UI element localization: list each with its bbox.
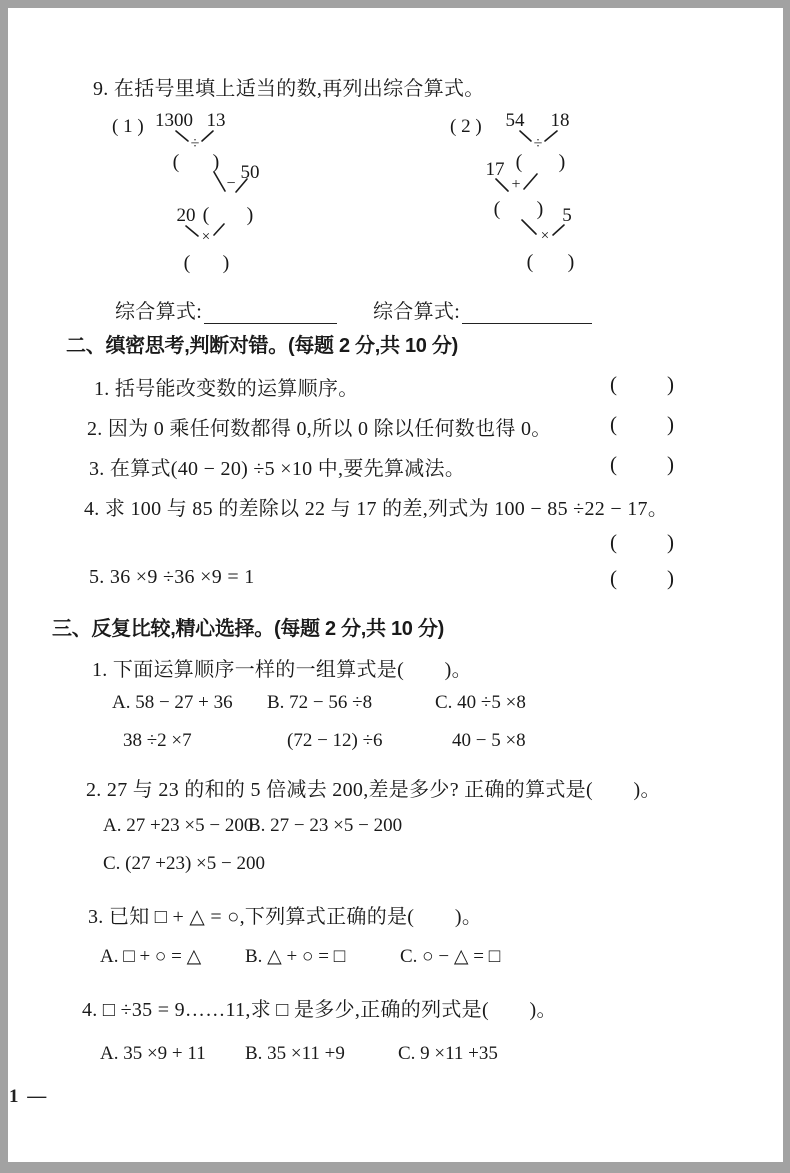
tree2-operand-18: 18: [551, 110, 570, 131]
paren-open: (: [610, 412, 617, 437]
choice-q1-option-b2: (72 − 12) ÷6: [287, 730, 383, 752]
section3-title: 三、反复比较,精心选择。(每题 2 分,共 10 分): [52, 612, 444, 641]
tree2-operand-5: 5: [562, 205, 572, 226]
answer-label-1: 综合算式:: [115, 301, 202, 323]
choice-q1-option-b1: B. 72 − 56 ÷8: [267, 692, 372, 714]
choice-q3-option-a: A. □ + ○ = △: [100, 945, 201, 968]
choice-q3-option-c: C. ○ − △ = □: [400, 945, 500, 968]
choice-q3-option-b: B. △ + ○ = □: [245, 945, 345, 968]
tree1-blank3-close: ): [223, 252, 230, 274]
q9-answer-area-1: 综合算式:: [115, 295, 337, 324]
tree2-blank1-open: (: [516, 151, 523, 173]
tree2-blank2-open: (: [494, 198, 501, 220]
tree1-blank1-close: ): [213, 151, 220, 173]
section2-title: 二、缜密思考,判断对错。(每题 2 分,共 10 分): [66, 329, 458, 358]
q9-tree-2: ( 2 ) 54 18 ÷ ( ) 17 + ( ) 5 × ( ): [450, 108, 595, 280]
q9-tree-1: ( 1 ) 1300 13 ÷ ( ) 50 − 20 ( ) × ( ): [110, 108, 285, 280]
paren-open: (: [610, 530, 617, 555]
tree1-blank2-open: (: [203, 204, 210, 226]
tree1-operand-13: 13: [207, 110, 226, 131]
choice-q4-option-c: C. 9 ×11 +35: [398, 1043, 498, 1065]
paren-close: ): [667, 452, 674, 477]
judge-item-2: 2. 因为 0 乘任何数都得 0,所以 0 除以任何数也得 0。: [87, 412, 552, 441]
choice-q1-option-c2: 40 − 5 ×8: [452, 730, 526, 752]
judge-blank-3: (): [610, 452, 674, 477]
judge-blank-5: (): [610, 566, 674, 591]
answer-blank-line-1: [204, 302, 337, 324]
choice-q1-option-a2: 38 ÷2 ×7: [123, 730, 192, 752]
tree2-divide-operator: ÷: [534, 135, 543, 152]
paren-open: (: [610, 452, 617, 477]
tree-connector-line: [496, 179, 508, 191]
worksheet-page: 9. 在括号里填上适当的数,再列出综合算式。 ( 1 ) 1300 13 ÷ (…: [8, 8, 783, 1162]
tree2-plus-operator: +: [511, 176, 520, 193]
choice-q4-option-b: B. 35 ×11 +9: [245, 1043, 345, 1065]
tree-connector-line: [214, 224, 224, 235]
tree-connector-line: [545, 131, 557, 141]
tree1-blank2-close: ): [247, 204, 254, 226]
q9-title: 9. 在括号里填上适当的数,再列出综合算式。: [93, 72, 485, 101]
tree1-operand-50: 50: [241, 162, 260, 183]
tree2-blank3-close: ): [568, 251, 575, 273]
tree1-label: ( 1 ): [112, 116, 144, 137]
paren-close: ): [667, 412, 674, 437]
judge-blank-2: (): [610, 412, 674, 437]
choice-q4-text: 4. □ ÷35 = 9……11,求 □ 是多少,正确的列式是( )。: [82, 993, 557, 1022]
judge-item-5: 5. 36 ×9 ÷36 ×9 = 1: [89, 566, 255, 589]
judge-blank-1: (): [610, 372, 674, 397]
tree-connector-line: [214, 172, 225, 191]
judge-item-4: 4. 求 100 与 85 的差除以 22 与 17 的差,列式为 100 − …: [84, 492, 668, 521]
answer-blank-line-2: [462, 302, 592, 324]
judge-item-3: 3. 在算式(40 − 20) ÷5 ×10 中,要先算减法。: [89, 452, 465, 481]
choice-q2-option-a: A. 27 +23 ×5 − 200: [103, 815, 253, 837]
tree1-minus-operator: −: [226, 175, 235, 192]
tree1-blank1-open: (: [173, 151, 180, 173]
choice-q3-text: 3. 已知 □ + △ = ○,下列算式正确的是( )。: [88, 900, 482, 929]
tree-connector-line: [202, 131, 213, 141]
tree2-operand-17: 17: [486, 159, 505, 180]
tree2-label: ( 2 ): [450, 116, 482, 137]
tree1-operand-1300: 1300: [155, 110, 193, 131]
choice-q2-text: 2. 27 与 23 的和的 5 倍减去 200,差是多少? 正确的算式是( )…: [86, 773, 661, 802]
tree1-times-operator: ×: [202, 229, 210, 245]
tree2-blank1-close: ): [559, 151, 566, 173]
choice-q4-option-a: A. 35 ×9 + 11: [100, 1043, 206, 1065]
paren-open: (: [610, 372, 617, 397]
tree-connector-line: [553, 225, 564, 235]
tree1-operand-20: 20: [177, 205, 196, 226]
answer-label-2: 综合算式:: [373, 301, 460, 323]
page-number: 1 —: [9, 1086, 48, 1108]
choice-q1-option-c1: C. 40 ÷5 ×8: [435, 692, 526, 714]
tree-connector-line: [522, 220, 536, 234]
judge-blank-4: (): [610, 530, 674, 555]
choice-q1-text: 1. 下面运算顺序一样的一组算式是( )。: [92, 653, 472, 682]
tree1-divide-operator: ÷: [191, 135, 200, 152]
tree2-operand-54: 54: [506, 110, 526, 131]
judge-item-1: 1. 括号能改变数的运算顺序。: [94, 372, 359, 401]
paren-close: ): [667, 372, 674, 397]
q9-answer-area-2: 综合算式:: [373, 295, 592, 324]
tree-connector-line: [186, 226, 198, 236]
tree-connector-line: [176, 131, 188, 141]
choice-q2-option-c: C. (27 +23) ×5 − 200: [103, 853, 265, 875]
paren-open: (: [610, 566, 617, 591]
choice-q2-option-b: B. 27 − 23 ×5 − 200: [248, 815, 402, 837]
tree-connector-line: [520, 131, 531, 141]
paren-close: ): [667, 566, 674, 591]
tree2-blank2-close: ): [537, 198, 544, 220]
tree-connector-line: [524, 174, 537, 189]
scanned-worksheet: { "page": { "footer": "1 —" }, "q9": { "…: [0, 0, 790, 1173]
tree2-times-operator: ×: [541, 228, 549, 244]
choice-q1-option-a1: A. 58 − 27 + 36: [112, 692, 233, 714]
tree2-blank3-open: (: [527, 251, 534, 273]
tree1-blank3-open: (: [184, 252, 191, 274]
paren-close: ): [667, 530, 674, 555]
